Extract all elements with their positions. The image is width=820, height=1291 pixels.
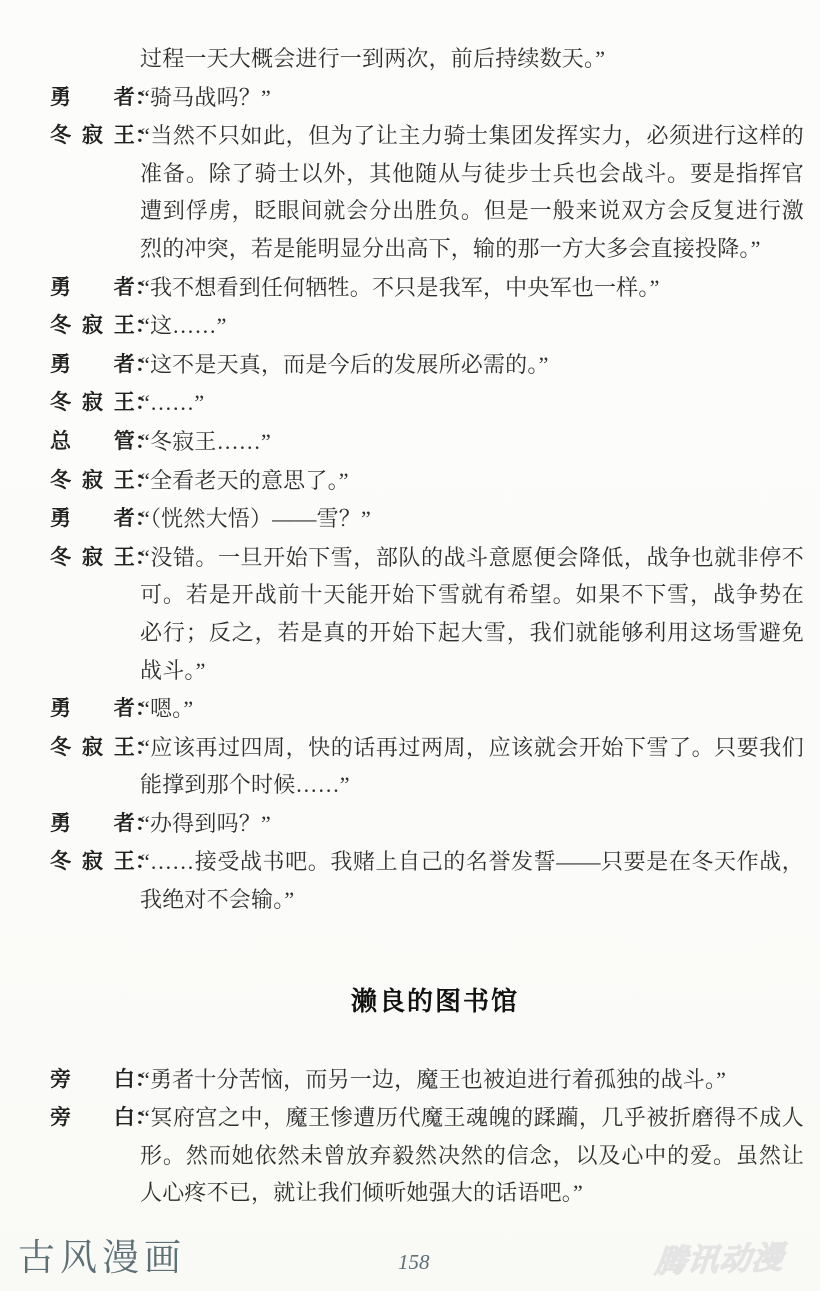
dialogue-row: 总管： “冬寂王……”: [0, 423, 804, 461]
speaker-colon: ：: [135, 539, 156, 577]
dialogue-text: “（恍然大悟）——雪？”: [140, 506, 371, 531]
dialogue-row: 冬寂王： “应该再过四周，快的话再过两周，应该就会开始下雪了。只要我们能撑到那个…: [0, 729, 804, 804]
speaker-colon: ：: [135, 843, 156, 881]
dialogue-row: 冬寂王： “没错。一旦开始下雪，部队的战斗意愿便会降低，战争也就非停不可。若是开…: [0, 539, 804, 689]
speaker-name: 勇者: [50, 269, 135, 307]
speaker-name: 旁白: [50, 1061, 135, 1099]
speaker-label: 旁白：: [50, 1099, 148, 1137]
speaker-colon: ：: [135, 462, 156, 500]
speaker-label: 冬寂王：: [50, 462, 148, 500]
speaker-label: 勇者：: [50, 79, 148, 117]
aside-row: 旁白： “冥府宫之中，魔王惨遭历代魔王魂魄的蹂躏，几乎被折磨得不成人形。然而她依…: [0, 1099, 804, 1212]
speaker-colon: ：: [135, 117, 156, 155]
dialogue-text: “我不想看到任何牺牲。不只是我军，中央军也一样。”: [140, 275, 660, 300]
dialogue-row: 冬寂王： “全看老天的意思了。”: [0, 462, 804, 500]
aside-row: 旁白： “勇者十分苦恼，而另一边，魔王也被迫进行着孤独的战斗。”: [0, 1061, 804, 1099]
speaker-label: 冬寂王：: [50, 729, 148, 767]
dialogue-row: 冬寂王： “……”: [0, 384, 804, 422]
speaker-name: 冬寂王: [50, 462, 135, 500]
speaker-colon: ：: [135, 423, 156, 461]
dialogue-text: “……接受战书吧。我赌上自己的名誉发誓——只要是在冬天作战，我绝对不会输。”: [140, 849, 804, 912]
speaker-label: 总管：: [50, 423, 148, 461]
page-content: 过程一天大概会进行一到两次，前后持续数天。” 勇者： “骑马战吗？” 冬寂王： …: [0, 40, 820, 1213]
speaker-label: 冬寂王：: [50, 843, 148, 881]
speaker-label: 冬寂王：: [50, 539, 148, 577]
speaker-name: 旁白: [50, 1099, 135, 1137]
speaker-colon: ：: [135, 346, 156, 384]
dialogue-text: 过程一天大概会进行一到两次，前后持续数天。”: [140, 46, 605, 71]
speaker-colon: ：: [135, 805, 156, 843]
speaker-colon: ：: [135, 384, 156, 422]
dialogue-row: 勇者： “（恍然大悟）——雪？”: [0, 500, 804, 538]
speaker-name: 冬寂王: [50, 729, 135, 767]
continuation-line: 过程一天大概会进行一到两次，前后持续数天。”: [0, 40, 804, 78]
dialogue-row: 勇者： “嗯。”: [0, 690, 804, 728]
dialogue-row: 勇者： “这不是天真，而是今后的发展所必需的。”: [0, 346, 804, 384]
dialogue-text: “骑马战吗？”: [140, 85, 271, 110]
speaker-name: 冬寂王: [50, 117, 135, 155]
dialogue-text: “应该再过四周，快的话再过两周，应该就会开始下雪了。只要我们能撑到那个时候……”: [140, 735, 804, 798]
dialogue-row: 冬寂王： “这……”: [0, 307, 804, 345]
speaker-colon: ：: [135, 79, 156, 117]
dialogue-row: 勇者： “我不想看到任何牺牲。不只是我军，中央军也一样。”: [0, 269, 804, 307]
dialogue-text: “当然不只如此，但为了让主力骑士集团发挥实力，必须进行这样的准备。除了骑士以外，…: [140, 123, 804, 261]
speaker-colon: ：: [135, 1099, 156, 1137]
speaker-colon: ：: [135, 500, 156, 538]
page-number: 158: [398, 1250, 430, 1275]
brand-logo: 古风漫画: [18, 1238, 186, 1280]
speaker-label: 冬寂王：: [50, 384, 148, 422]
dialogue-text: “冥府宫之中，魔王惨遭历代魔王魂魄的蹂躏，几乎被折磨得不成人形。然而她依然未曾放…: [140, 1105, 804, 1205]
dialogue-text: “这不是天真，而是今后的发展所必需的。”: [140, 352, 549, 377]
dialogue-row: 勇者： “办得到吗？”: [0, 805, 804, 843]
speaker-name: 勇者: [50, 500, 135, 538]
dialogue-text: “全看老天的意思了。”: [140, 468, 349, 493]
speaker-name: 冬寂王: [50, 539, 135, 577]
speaker-name: 勇者: [50, 805, 135, 843]
speaker-colon: ：: [135, 1061, 156, 1099]
dialogue-text: “办得到吗？”: [140, 811, 271, 836]
speaker-colon: ：: [135, 729, 156, 767]
speaker-name: 勇者: [50, 346, 135, 384]
speaker-label: 冬寂王：: [50, 117, 148, 155]
speaker-name: 总管: [50, 423, 135, 461]
speaker-label: 勇者：: [50, 805, 148, 843]
speaker-name: 冬寂王: [50, 384, 135, 422]
dialogue-row: 冬寂王： “当然不只如此，但为了让主力骑士集团发挥实力，必须进行这样的准备。除了…: [0, 117, 804, 267]
speaker-colon: ：: [135, 690, 156, 728]
speaker-label: 冬寂王：: [50, 307, 148, 345]
speaker-label: 旁白：: [50, 1061, 148, 1099]
speaker-label: 勇者：: [50, 690, 148, 728]
dialogue-text: “勇者十分苦恼，而另一边，魔王也被迫进行着孤独的战斗。”: [140, 1067, 726, 1092]
speaker-name: 勇者: [50, 690, 135, 728]
dialogue-text: “冬寂王……”: [140, 429, 271, 454]
speaker-label: 勇者：: [50, 346, 148, 384]
section-title: 濑良的图书馆: [100, 983, 770, 1019]
dialogue-row: 冬寂王： “……接受战书吧。我赌上自己的名誉发誓——只要是在冬天作战，我绝对不会…: [0, 843, 804, 918]
speaker-name: 冬寂王: [50, 307, 135, 345]
speaker-colon: ：: [135, 307, 156, 345]
tencent-comics-watermark: 腾讯动漫: [653, 1232, 786, 1281]
speaker-name: 冬寂王: [50, 843, 135, 881]
speaker-colon: ：: [135, 269, 156, 307]
dialogue-row: 勇者： “骑马战吗？”: [0, 79, 804, 117]
speaker-name: 勇者: [50, 79, 135, 117]
novel-page: 过程一天大概会进行一到两次，前后持续数天。” 勇者： “骑马战吗？” 冬寂王： …: [0, 0, 820, 1291]
dialogue-text: “没错。一旦开始下雪，部队的战斗意愿便会降低，战争也就非停不可。若是开战前十天能…: [140, 545, 804, 683]
speaker-label: 勇者：: [50, 500, 148, 538]
speaker-label: 勇者：: [50, 269, 148, 307]
